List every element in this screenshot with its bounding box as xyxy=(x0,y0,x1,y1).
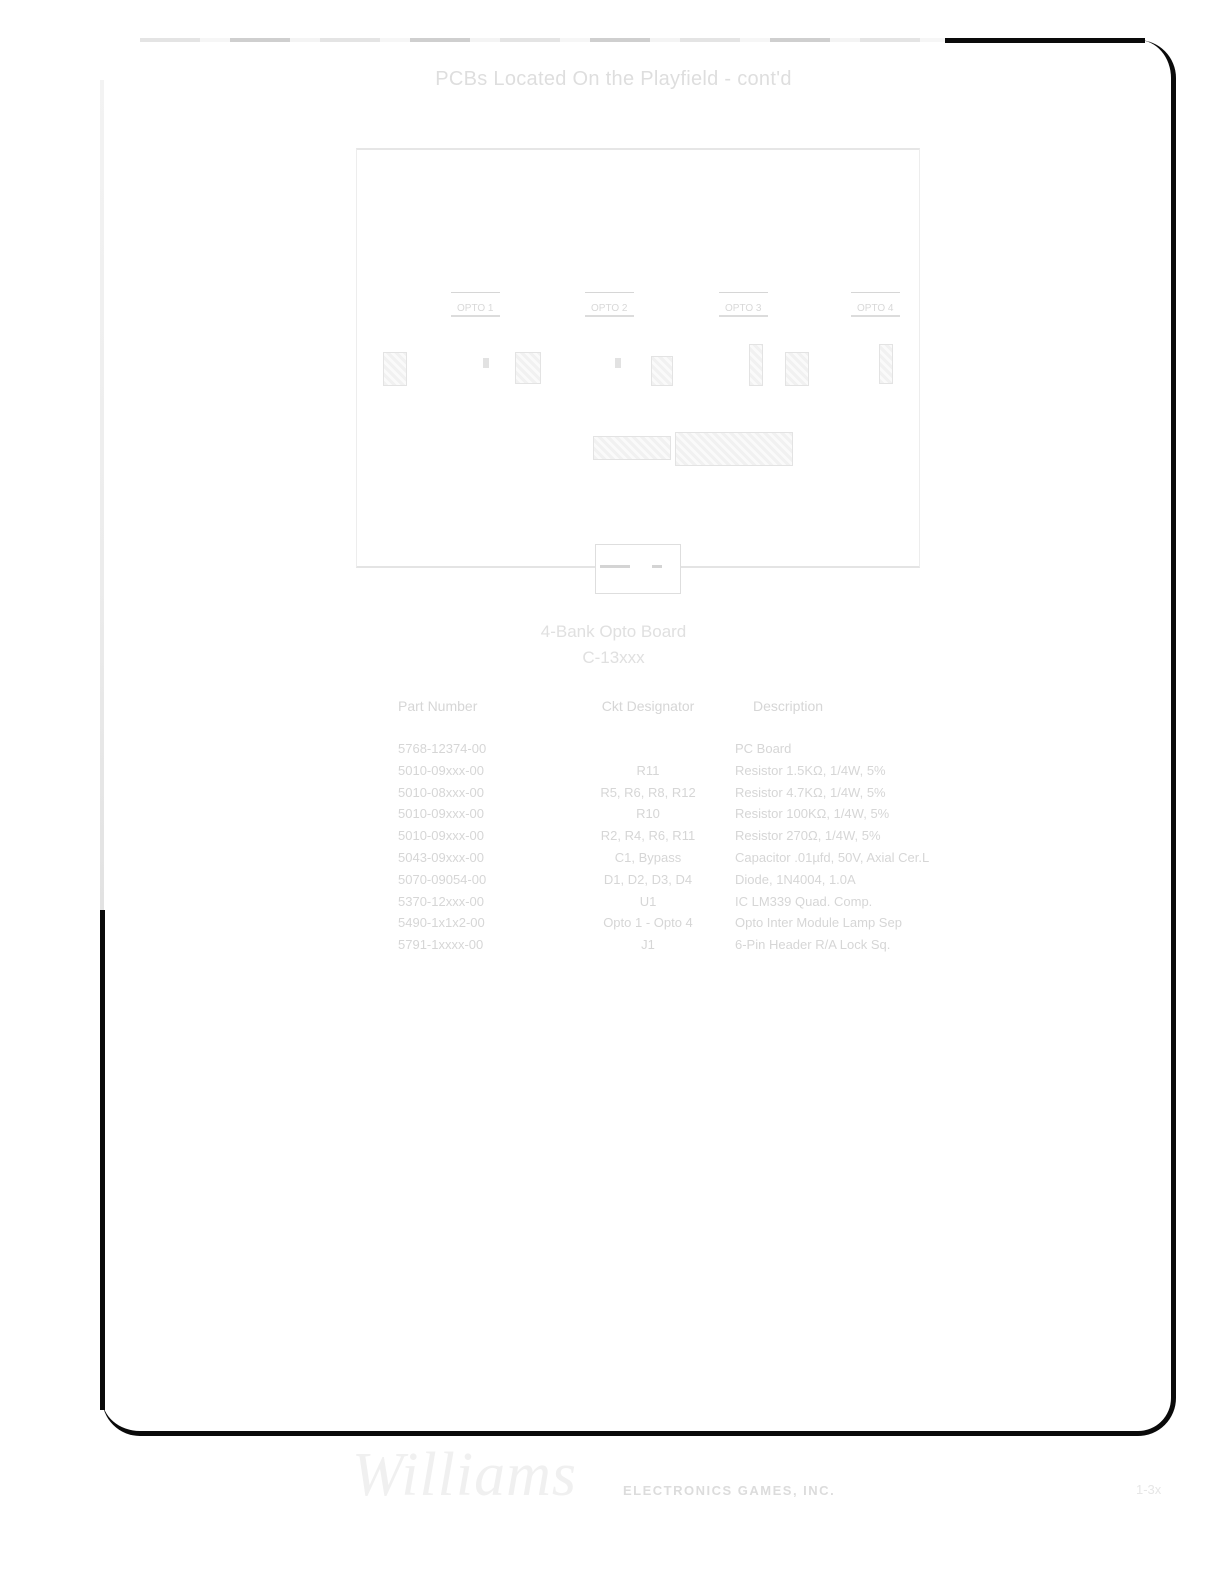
description-cell: Diode, 1N4004, 1.0A xyxy=(733,869,1018,891)
opto-label-3: OPTO 3 xyxy=(719,302,768,317)
opto-label-2: OPTO 2 xyxy=(585,302,634,317)
opto-module-4 xyxy=(785,352,809,386)
company-name: ELECTRONICS GAMES, INC. xyxy=(623,1483,835,1498)
resistor-pack xyxy=(749,344,763,386)
part-number-cell: 5010-09xxx-00 xyxy=(398,760,563,782)
table-row: 5010-09xxx-00R2, R4, R6, R11Resistor 270… xyxy=(398,825,1018,847)
board-caption: 4-Bank Opto Board xyxy=(0,622,1227,642)
designator-cell xyxy=(563,738,733,760)
part-number-cell: 5010-09xxx-00 xyxy=(398,803,563,825)
ic-footprint xyxy=(593,436,671,460)
header-part-number: Part Number xyxy=(398,698,563,714)
page-title: PCBs Located On the Playfield - cont'd xyxy=(0,68,1227,91)
designator-cell: J1 xyxy=(563,934,733,956)
opto-board-diagram: OPTO 1 OPTO 2 OPTO 3 OPTO 4 xyxy=(356,148,920,568)
resistor-icon xyxy=(483,358,489,368)
part-number-cell: 5043-09xxx-00 xyxy=(398,847,563,869)
opto-module-2 xyxy=(515,352,541,384)
designator-cell: R5, R6, R8, R12 xyxy=(563,782,733,804)
table-row: 5010-08xxx-00R5, R6, R8, R12Resistor 4.7… xyxy=(398,782,1018,804)
table-row: 5010-09xxx-00R10Resistor 100KΩ, 1/4W, 5% xyxy=(398,803,1018,825)
designator-cell: R2, R4, R6, R11 xyxy=(563,825,733,847)
description-cell: IC LM339 Quad. Comp. xyxy=(733,891,1018,913)
designator-cell: U1 xyxy=(563,891,733,913)
part-number-cell: 5010-08xxx-00 xyxy=(398,782,563,804)
description-cell: Resistor 100KΩ, 1/4W, 5% xyxy=(733,803,1018,825)
designator-cell: Opto 1 - Opto 4 xyxy=(563,912,733,934)
description-cell: Resistor 270Ω, 1/4W, 5% xyxy=(733,825,1018,847)
designator-cell: R11 xyxy=(563,760,733,782)
description-cell: Resistor 1.5KΩ, 1/4W, 5% xyxy=(733,760,1018,782)
table-row: 5043-09xxx-00C1, BypassCapacitor .01µfd,… xyxy=(398,847,1018,869)
part-number-cell: 5070-09054-00 xyxy=(398,869,563,891)
williams-logo: Williams xyxy=(352,1440,577,1511)
table-row: 5370-12xxx-00U1IC LM339 Quad. Comp. xyxy=(398,891,1018,913)
part-number-cell: 5791-1xxxx-00 xyxy=(398,934,563,956)
parts-table-body: 5768-12374-00PC Board5010-09xxx-00R11Res… xyxy=(398,738,1018,956)
part-number-cell: 5490-1x1x2-00 xyxy=(398,912,563,934)
table-row: 5791-1xxxx-00J16-Pin Header R/A Lock Sq. xyxy=(398,934,1018,956)
description-cell: Opto Inter Module Lamp Sep xyxy=(733,912,1018,934)
description-cell: PC Board xyxy=(733,738,1018,760)
description-cell: 6-Pin Header R/A Lock Sq. xyxy=(733,934,1018,956)
board-number: C-13xxx xyxy=(0,648,1227,668)
page-number: 1-3x xyxy=(1136,1482,1161,1497)
table-row: 5768-12374-00PC Board xyxy=(398,738,1018,760)
table-row: 5070-09054-00D1, D2, D3, D4Diode, 1N4004… xyxy=(398,869,1018,891)
designator-cell: D1, D2, D3, D4 xyxy=(563,869,733,891)
header-connector-j1 xyxy=(595,544,681,594)
table-row: 5490-1x1x2-00Opto 1 - Opto 4Opto Inter M… xyxy=(398,912,1018,934)
parts-table: Part Number Ckt Designator Description 5… xyxy=(398,698,1018,956)
part-number-cell: 5370-12xxx-00 xyxy=(398,891,563,913)
designator-cell: C1, Bypass xyxy=(563,847,733,869)
resistor-pack xyxy=(879,344,893,384)
resistor-icon xyxy=(615,358,621,368)
part-number-cell: 5010-09xxx-00 xyxy=(398,825,563,847)
opto-label-1: OPTO 1 xyxy=(451,302,500,317)
connector-pin xyxy=(600,565,630,568)
part-number-cell: 5768-12374-00 xyxy=(398,738,563,760)
opto-label-4: OPTO 4 xyxy=(851,302,900,317)
parts-table-header: Part Number Ckt Designator Description xyxy=(398,698,1018,714)
header-ckt-designator: Ckt Designator xyxy=(563,698,733,714)
description-cell: Capacitor .01µfd, 50V, Axial Cer.L xyxy=(733,847,1018,869)
description-cell: Resistor 4.7KΩ, 1/4W, 5% xyxy=(733,782,1018,804)
table-row: 5010-09xxx-00R11Resistor 1.5KΩ, 1/4W, 5% xyxy=(398,760,1018,782)
ic-lm339 xyxy=(675,432,793,466)
header-description: Description xyxy=(733,698,1018,714)
opto-module-3 xyxy=(651,356,673,386)
opto-module-1 xyxy=(383,352,407,386)
designator-cell: R10 xyxy=(563,803,733,825)
connector-pin xyxy=(652,565,662,568)
